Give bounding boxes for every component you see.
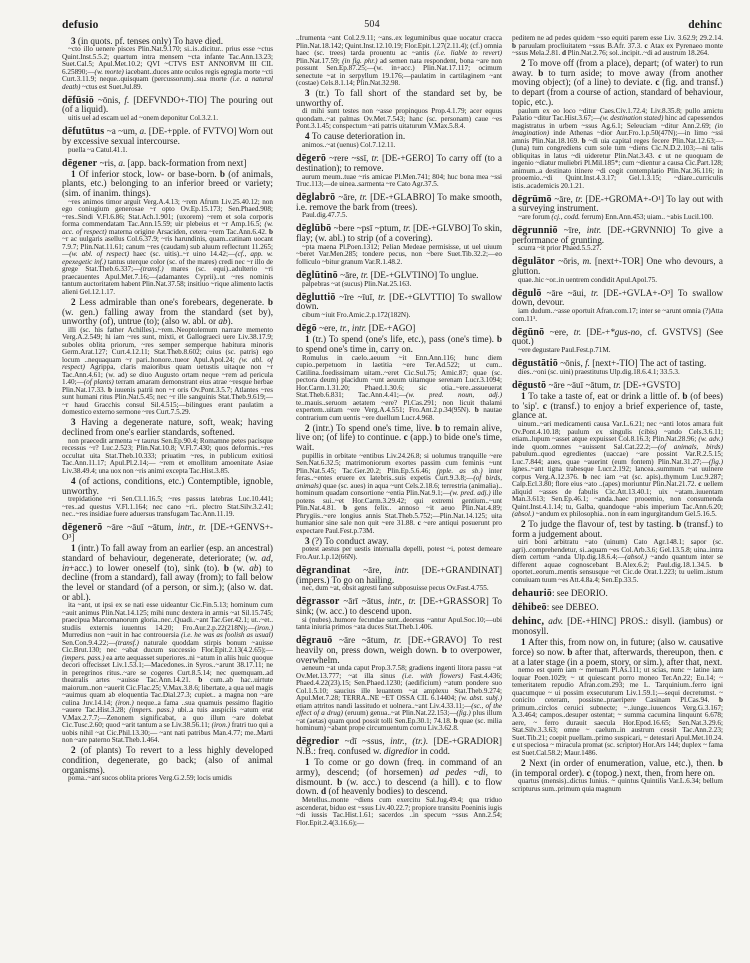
text-column-3: peditem ne ad pedes quidem ~sso equiti p…: [512, 35, 723, 949]
text-run: ~rere ~ssī,: [326, 153, 371, 163]
text-run: To judge the flavour of, test by tasting…: [528, 519, 676, 529]
quotation-paragraph: ~ere degustare Paul.Fest.p.71M.: [512, 347, 723, 355]
text-run: ~āre,: [552, 194, 576, 204]
text-run: ~ris,: [97, 158, 118, 168]
quotation-paragraph: pupillis in orbitate ~entibus Liv.24.26.…: [296, 453, 502, 536]
quotation-paragraph: ~cto illo uenere pisces Plin.Nat.9.170; …: [62, 46, 273, 91]
running-head-right: dehinc: [688, 19, 722, 31]
text-run: intr.: [394, 565, 409, 575]
text-run: (in quots. pf. tenses only) To have died…: [78, 36, 223, 46]
entry-headword-paragraph: dēfūsiō ~ōnis, f. [DEFVNDO+-TIO] The pou…: [62, 96, 273, 115]
text-run: ~āre,: [350, 565, 394, 575]
text-run: [next+-TIO] The act of tasting.: [590, 358, 706, 368]
text-run: pabulum..quod egredientes (uaccae) ~are …: [512, 450, 723, 466]
text-run: ~ere degustare Paul.Fest.p.71M.: [518, 346, 611, 354]
entry-headword-paragraph: dēgrūmō ~āre, tr. [DE-+GROMA+-O¹] To lay…: [512, 195, 723, 214]
sense-paragraph: 3 Having a degenerate nature, soft, weak…: [62, 418, 273, 437]
text-run: [DE-+GLVTINO] To unglue.: [368, 270, 478, 280]
sense-paragraph: 2 (intr.) To spend one's time, live. b t…: [296, 424, 502, 453]
text-run: 2: [71, 745, 81, 755]
text-run: ferrum) Enn.Ann.453; uiam.. ~abis Lucil.…: [580, 213, 713, 221]
text-run: nec, dum ~at, obsit agresti fano subposu…: [302, 584, 489, 592]
text-run: 4: [305, 131, 312, 141]
text-run: To cause deterioration in.: [312, 131, 405, 141]
sense-paragraph: 4 (of actions, conditions, etc.) Contemp…: [62, 477, 273, 496]
quotation-paragraph: animos..~at (uenus) Col.7.12.11.: [296, 142, 502, 150]
quotation-paragraph: iam dudum..~asse oportuit Afran.com.17; …: [512, 308, 723, 323]
quotation-paragraph: uinum..~ari medicamenti causa Var.L.6.21…: [512, 421, 723, 519]
text-run: ~are forum: [518, 213, 551, 221]
text-run: ab: [218, 316, 227, 326]
text-run: ~āre ~āui,: [542, 288, 591, 298]
entry-headword-paragraph: dēfutūtus ~a ~um, a. [DE-+pple. of FVTVO…: [62, 127, 273, 146]
text-run: [DE-+AGO]: [366, 323, 415, 333]
text-run: 3: [305, 88, 316, 98]
entry-headword-paragraph: dēhibeō: see DEBEO.: [512, 603, 723, 613]
text-run: ~andum ex philosophia.. non in eam ingur…: [534, 510, 717, 518]
text-run: (tr.) To spend (one's life, etc.), pass …: [313, 334, 497, 344]
text-run: m.: [583, 256, 592, 266]
text-run: (tr.) To fall short of the standard set …: [296, 88, 502, 108]
quotation-paragraph: trepidatione ~ri Sen.Cl.1.16.5; ~res pas…: [62, 496, 273, 519]
sense-paragraph: 1 To take a taste of, eat or drink a lit…: [512, 392, 723, 421]
text-run: tr.: [378, 292, 385, 302]
quotation-paragraph: ~pta maena Pl.Poen.1312; Pelian Medeae p…: [296, 244, 502, 267]
text-run: ~āre,: [338, 270, 361, 280]
text-run: b: [567, 647, 575, 657]
text-run: (cj., codd.: [551, 213, 580, 221]
text-run: iam dudum..~asse oportuit Afran.com.17; …: [512, 307, 723, 323]
text-run: (absol.): [512, 510, 534, 518]
text-run: tr.: [613, 380, 620, 390]
text-run: in codd.: [418, 746, 450, 756]
text-run: 1: [71, 169, 79, 179]
text-run: (of actions, conditions, etc.) Contempti…: [62, 476, 273, 496]
sense-paragraph: 2 To judge the flavour of, test by tasti…: [512, 520, 723, 539]
quotation-paragraph: nemo est quem iam ~ metuam Pl.As.111; ut…: [512, 667, 723, 757]
sense-paragraph: 1 To come or go down (freq. in command o…: [296, 758, 502, 797]
text-run: (w. gen.) falling away from the standard…: [62, 307, 273, 327]
text-run: cibum ~iuit Fro.Amic.2.p.172(182N).: [302, 311, 410, 319]
entry-headword-paragraph: dēglabrō ~āre, tr. [DE-+GLABRO] To make …: [296, 193, 502, 212]
text-run: Next (in order of enumeration, value, et…: [529, 758, 718, 768]
text-run: after that, afterwards, thereupon, then.: [575, 647, 719, 657]
text-run: ~ere,: [544, 327, 573, 337]
headword-text: dēgener: [62, 158, 97, 169]
text-run: ~ōris,: [555, 256, 583, 266]
text-run: (intr.) To fall away from an earlier (es…: [62, 543, 273, 563]
text-run: 3: [71, 36, 78, 46]
text-run: quae..hic ~or..in uentrem condidit Apul.…: [518, 276, 657, 284]
quotation-paragraph: si (nubes)..humore fecundae sunt..deorsu…: [296, 617, 502, 632]
text-run: *gus-no,: [610, 327, 642, 337]
text-run: intr.: [587, 225, 602, 235]
text-run: intr., (tr.).: [390, 736, 428, 746]
entry-headword-paragraph: dēgulātor ~ōris, m. [next+-TOR] One who …: [512, 257, 723, 276]
quotation-paragraph: ita ~ant, ut ipsi ex se nati esse uidean…: [62, 602, 273, 745]
text-run: animos..~at (uenus) Col.7.12.11.: [302, 141, 395, 149]
text-run: [DE-+GVSTO]: [621, 380, 680, 390]
quotation-paragraph: uitis uel ad escam uel ad ~onem deponitu…: [62, 115, 273, 123]
text-run: ~res animos timor arguit Verg.A.4.13; ~r…: [62, 198, 273, 229]
quotation-paragraph: paulum ex eo loco ~ditur Caes.Civ.1.72.4…: [512, 108, 723, 191]
text-run: ~ere,: [317, 323, 340, 333]
text-run: intr., tr.: [178, 522, 207, 532]
sense-paragraph: 2 To move off (from a place), depart; (o…: [512, 59, 723, 108]
text-run: (in temporal order).: [512, 768, 587, 778]
text-run: 3: [305, 536, 312, 546]
quotation-paragraph: non praecedit armenta ~r taurus Sen.Ep.9…: [62, 438, 273, 476]
entry-headword-paragraph: dēgener ~ris, a. [app. back-formation fr…: [62, 159, 273, 169]
text-run: b: [220, 169, 228, 179]
text-run: quartus (mensis)..dictus Iunius. ~ quint…: [512, 777, 723, 793]
text-run: uitis uel ad escam uel ad ~onem deponitu…: [68, 114, 218, 122]
dictionary-page: defusio 504 dehinc 3 (in quots. pf. tens…: [0, 0, 750, 963]
text-run: ~īre,: [558, 225, 587, 235]
text-run: oportet..eorum..mentis sensusque ~et Cic…: [512, 568, 723, 584]
quotation-paragraph: cibum ~iuit Fro.Amic.2.p.172(182N).: [296, 312, 502, 320]
entry-headword-paragraph: dēgrandinat ~āre, intr. [DE-+GRANDINAT] …: [296, 566, 502, 585]
text-run: b: [475, 406, 483, 414]
sense-paragraph: 1 (tr.) To spend (one's life, etc.), pas…: [296, 335, 502, 354]
text-run: (of heavenly bodies) to descend.: [328, 786, 447, 796]
text-run: palpebras ~at (sucus) Plin.Nat.25.163.: [302, 280, 411, 288]
entry-headword-paragraph: dēgerō ~rere ~ssī, tr. [DE-+GERO] To car…: [296, 154, 502, 173]
headword-text: dēhibeō: [512, 602, 547, 613]
text-run: b: [538, 68, 548, 78]
text-run: (w.: [233, 563, 249, 573]
text-run: poma..~ant sucos oblita priores Verg.G.2…: [68, 774, 232, 782]
text-run: Metellus..monte ~diens cum exercitu Sal.…: [296, 796, 502, 827]
text-run: trepidatione ~ri Sen.Cl.1.16.5; ~res pas…: [62, 495, 273, 518]
quotation-paragraph: quartus (mensis)..dictus Iunius. ~ quint…: [512, 778, 723, 793]
text-run: ~pta maena Pl.Poen.1312; Pelian Medeae p…: [296, 243, 502, 266]
text-run: ad pedes ~di,: [430, 767, 488, 777]
quotation-paragraph: aurum meum..tuae ~ris amicae Pl.Men.741;…: [296, 174, 502, 189]
quotation-paragraph: scurra ~it prior Phaed.5.5.27.: [512, 245, 723, 253]
text-run: : see DEBEO.: [547, 602, 599, 612]
text-column-2: ..frumenta ~ant Col.2.9.11; ~ans..ex leg…: [296, 35, 502, 949]
headword-text: dēgustō: [512, 380, 546, 391]
text-run: scurra ~it prior Phaed.5.5.27.: [518, 244, 601, 252]
quotation-paragraph: illi (sc. his father Achilles)..~rem..Ne…: [62, 327, 273, 417]
quotation-paragraph: ~are forum (cj., codd. ferrum) Enn.Ann.4…: [512, 214, 723, 222]
text-run: non praecedit armenta ~r taurus Sen.Ep.9…: [62, 437, 273, 475]
text-run: digredior: [384, 746, 418, 756]
entry-headword-paragraph: dēgluttiō ~īre ~īuī, tr. [DE-+GLVTTIO] T…: [296, 293, 502, 312]
text-column-1: 3 (in quots. pf. tenses only) To have di…: [62, 35, 273, 949]
page-number: 504: [340, 19, 404, 30]
entry-headword-paragraph: dēgrassor ~ārī ~ātus, intr., tr. [DE-+GR…: [296, 597, 502, 616]
text-run: ~bere ~psī ~ptum,: [331, 223, 403, 233]
quotation-paragraph: poma..~ant sucos oblita priores Verg.G.2…: [62, 775, 273, 783]
text-run: ~āre,: [335, 192, 359, 202]
quotation-paragraph: peditem ne ad pedes quidem ~sso equiti p…: [512, 35, 723, 58]
text-run: (intr.) To spend one's time, live.: [313, 423, 436, 433]
text-run: 3: [71, 417, 81, 427]
sense-paragraph: 2 (of plants) To revert to a less highly…: [62, 746, 273, 775]
quotation-paragraph: potest aestus per uestis interualla depe…: [296, 546, 502, 561]
text-run: Having a degenerate nature, soft, weak; …: [62, 417, 273, 437]
text-run: ~īre ~īuī,: [336, 292, 379, 302]
text-run: b: [497, 334, 502, 344]
quotation-paragraph: Romulus in caelo..aeuum ~it Enn.Ann.116;…: [296, 355, 502, 423]
text-run: Less admirable than one's forebears, deg…: [79, 297, 268, 307]
text-run: [app. back-formation from next]: [125, 158, 246, 168]
quotation-paragraph: di mihi sunt testes non ~asse propinquos…: [296, 108, 502, 131]
text-run: ab: [249, 563, 258, 573]
text-run: te..mauis..seruom aetatem ~ere? Pl.Cas.2…: [296, 399, 502, 415]
entry-headword-paragraph: dehinc, adv. [DE-+HINC] PROS.: disyll. (…: [512, 617, 723, 636]
text-run: ~āre ~ātum,: [332, 635, 394, 645]
text-run: tr.: [403, 223, 410, 233]
text-run: ut speciosa ~ miracula promat (sc. scrip…: [512, 741, 723, 757]
text-run: (topog.) next, then, from here on.: [593, 768, 715, 778]
text-run: 1: [305, 757, 314, 767]
text-run: ~ārī ~ātus,: [339, 596, 387, 606]
text-run: b: [442, 645, 451, 655]
text-run: (of plants) To revert to a less highly d…: [62, 745, 273, 774]
quotation-paragraph: Metellus..monte ~diens cum exercitu Sal.…: [296, 797, 502, 827]
text-run: b: [337, 777, 347, 787]
text-run: adv.: [548, 616, 563, 626]
sense-paragraph: 1 (intr.) To fall away from an earlier (…: [62, 544, 273, 602]
sense-paragraph: 3 (tr.) To fall short of the standard se…: [296, 89, 502, 108]
quotation-paragraph: dies..~oni (sc. uini) praestitutus Ulp.d…: [512, 369, 723, 377]
text-run: uinum..~ari medicamenti causa Var.L.6.21…: [512, 420, 723, 443]
text-run: (w. acc.) to descend (a hill).: [347, 777, 465, 787]
entry-headword-paragraph: dēgulō ~āre ~āui, tr. [DE-+GVLA+-O³] To …: [512, 289, 723, 308]
text-run: at a later stage (in a poem, story, or s…: [512, 657, 722, 667]
text-run: ita ~ant, ut ipsi ex se nati esse uidean…: [62, 601, 273, 632]
quotation-paragraph: ~res animos timor arguit Verg.A.4.13; ~r…: [62, 199, 273, 297]
running-head-left: defusio: [62, 19, 99, 31]
text-run: tr.: [575, 194, 582, 204]
text-run: c: [719, 647, 723, 657]
entry-headword-paragraph: dēgō ~ere, tr., intr. [DE-+AGO]: [296, 324, 502, 334]
entry-headword-paragraph: dēglūbō ~bere ~psī ~ptum, tr. [DE-+GLVBO…: [296, 224, 502, 243]
text-run: b: [718, 758, 723, 768]
quotation-paragraph: uiri boni arbitratu ~ato (uinum) Cato Ag…: [512, 539, 723, 584]
quotation-paragraph: Paul.dig.47.7.5.: [296, 212, 502, 220]
text-run: ~ōnis,: [94, 95, 124, 105]
text-run: nemo est quem iam ~ metuam Pl.As.111; ut…: [512, 666, 723, 704]
quotation-paragraph: quae..hic ~or..in uentrem condidit Apul.…: [512, 277, 723, 285]
entry-headword-paragraph: dēgredior ~dī ~ssus, intr., (tr.). [DE-+…: [296, 737, 502, 756]
text-run: +acc.) to lower oneself (to), sink (to).: [69, 563, 224, 573]
text-run: ~ōnis,: [558, 358, 585, 368]
text-run: ~dī ~ssus,: [339, 736, 390, 746]
quotation-paragraph: ..frumenta ~ant Col.2.9.11; ~ans..ex leg…: [296, 35, 502, 88]
sense-paragraph: 2 Next (in order of enumeration, value, …: [512, 759, 723, 778]
text-run: si (nubes)..humore fecundae sunt..deorsu…: [296, 616, 502, 632]
entry-headword-paragraph: dehauriō: see DEORIO.: [512, 589, 723, 599]
text-run: potest aestus per uestis interualla depe…: [296, 545, 502, 561]
text-run: aurum meum..tuae ~ris amicae Pl.Men.741;…: [296, 173, 502, 189]
text-run: ).: [228, 316, 233, 326]
entry-headword-paragraph: dēgenerō ~āre ~āuī ~ātum, intr., tr. [DE…: [62, 523, 273, 542]
text-run: dies..~oni (sc. uini) praestitutus Ulp.d…: [518, 368, 680, 376]
text-run: primum..circlos ceruici subnecte; ~..iun…: [512, 704, 723, 742]
text-run: intr., tr.: [388, 596, 416, 606]
entry-headword-paragraph: dēgrauō ~āre ~ātum, tr. [DE-+GRAVO] To r…: [296, 636, 502, 665]
text-run: b: [224, 563, 234, 573]
text-run: b: [268, 297, 273, 307]
text-run: ~āre ~āuī ~ātum,: [546, 380, 613, 390]
quotation-paragraph: palpebras ~at (sucus) Plin.Nat.25.163.: [296, 281, 502, 289]
quotation-paragraph: aeneum ~at unda caput Prop.3.7.58; gradi…: [296, 665, 502, 733]
text-run: ~āre ~āuī ~ātum,: [102, 522, 177, 532]
sense-paragraph: 2 Less admirable than one's forebears, d…: [62, 298, 273, 327]
sense-paragraph: 1 Of inferior stock, low- or base-born. …: [62, 170, 273, 199]
text-run: tr.: [372, 153, 379, 163]
text-run: Of inferior stock, low- or base-born.: [79, 169, 220, 179]
text-run: di mihi sunt testes non ~asse propinquos…: [296, 107, 502, 130]
entry-headword-paragraph: dēgustō ~āre ~āuī ~ātum, tr. [DE-+GVSTO]: [512, 381, 723, 391]
text-run: (?) To conduct away.: [312, 536, 389, 546]
text-run: Paul.dig.47.7.5.: [302, 211, 347, 219]
quotation-paragraph: nec, dum ~at, obsit agresti fano subposu…: [296, 585, 502, 593]
text-run: [DE-+: [581, 327, 610, 337]
text-run: 1: [71, 543, 78, 553]
text-run: to spend one's time in, carry on.: [296, 344, 413, 354]
text-run: : see DEORIO.: [552, 588, 608, 598]
text-run: 1: [305, 334, 313, 344]
entry-headword-paragraph: dēgrunniō ~īre, intr. [DE-+GRVNNIO] To g…: [512, 226, 723, 245]
text-run: 4: [71, 476, 79, 486]
quotation-paragraph: puella ~a Catul.41.1.: [62, 147, 273, 155]
text-run: Plin.Nat.2.76; sol..incipit..~di ad aust…: [568, 49, 709, 57]
text-run: ~a ~um,: [104, 126, 139, 136]
text-run: To take a taste of, eat or drink a littl…: [528, 391, 682, 401]
sense-paragraph: 1 After this, from now on, in future; (a…: [512, 638, 723, 667]
entry-headword-paragraph: dēgūnō ~ere, tr. [DE-+*gus-no, cf. GVSTV…: [512, 328, 723, 347]
headword-text: dehauriō: [512, 588, 552, 599]
text-run: 2: [305, 423, 313, 433]
text-run: puella ~a Catul.41.1.: [68, 146, 128, 154]
text-run: tr., intr.: [340, 323, 367, 333]
text-run: b: [676, 519, 684, 529]
headword-text: dēgō: [296, 323, 317, 334]
text-run: 2: [521, 758, 529, 768]
text-run: ~ctus est Suet.Jul.89.: [80, 83, 142, 91]
